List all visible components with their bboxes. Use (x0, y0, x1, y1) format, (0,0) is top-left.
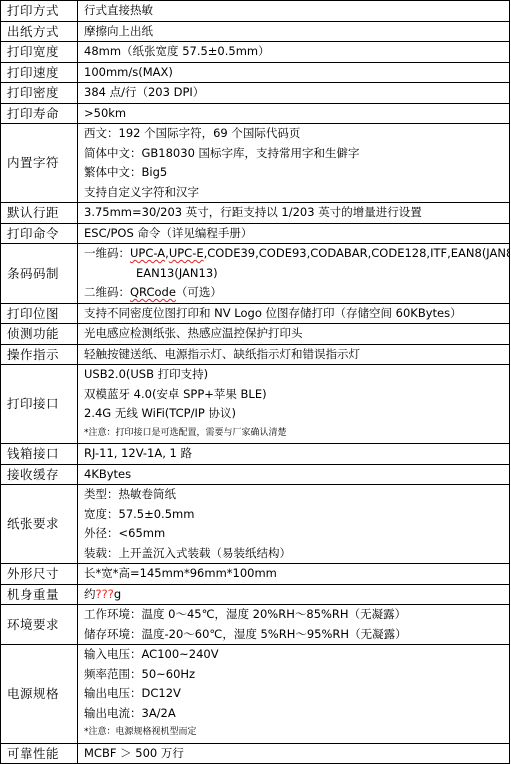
spec-row-dimensions: 外形尺寸 长*宽*高=145mm*96mm*100mm (1, 564, 510, 585)
spec-value: MCBF ＞ 500 万行 (78, 743, 510, 764)
spec-label: 侦测功能 (1, 324, 78, 345)
spec-line: 西文：192 个国际字符，69 个国际代码页 (84, 124, 509, 144)
spellcheck-underlined-word: QRCode (130, 285, 176, 299)
spec-line: 工作环境：温度 0～45℃，湿度 20%RH～85%RH（无凝露） (84, 605, 509, 625)
spec-line: 简体中文：GB18030 国标字库，支持常用字和生僻字 (84, 144, 509, 164)
spec-value: 384 点/行（203 DPI） (78, 83, 510, 104)
spec-row-print-life: 打印寿命 >50km (1, 103, 510, 124)
spec-line: 输出电流：3A/2A (84, 704, 509, 724)
spec-label: 出纸方式 (1, 21, 78, 42)
spec-row-print-method: 打印方式 行式直接热敏 (1, 1, 510, 22)
spec-value: RJ-11, 12V-1A, 1 路 (78, 444, 510, 465)
spec-line: 2.4G 无线 WiFi(TCP/IP 协议) (84, 404, 509, 424)
spec-line: 装载：上开盖沉入式装载（易装纸结构） (84, 544, 509, 564)
spec-value: 类型：热敏卷筒纸 宽度：57.5±0.5mm 外径：<65mm 装载：上开盖沉入… (78, 485, 510, 564)
spec-value: ESC/POS 命令（详见编程手册） (78, 223, 510, 244)
spec-label: 默认行距 (1, 203, 78, 224)
spec-line: USB2.0(USB 打印支持) (84, 365, 509, 385)
spec-line: 支持自定义字符和汉字 (84, 183, 509, 203)
spec-value: 西文：192 个国际字符，69 个国际代码页 简体中文：GB18030 国标字库… (78, 124, 510, 203)
barcode-2d-line: 二维码：QRCode（可选） (84, 283, 509, 303)
spec-value: 长*宽*高=145mm*96mm*100mm (78, 564, 510, 585)
spec-value: 轻触按键送纸、电源指示灯、缺纸指示灯和错误指示灯 (78, 344, 510, 365)
printer-spec-table: 打印方式 行式直接热敏 出纸方式 摩擦向上出纸 打印宽度 48mm（纸张宽度 5… (0, 0, 510, 764)
spec-label: 环境要求 (1, 605, 78, 645)
spec-row-barcode: 条码码制 一维码：UPC-A,UPC-E,CODE39,CODE93,CODAB… (1, 244, 510, 304)
spec-value: 支持不同密度位图打印和 NV Logo 位图存储打印（存储空间 60KBytes… (78, 303, 510, 324)
spec-label: 打印速度 (1, 62, 78, 83)
weight-placeholder-value: ??? (96, 587, 114, 601)
spec-row-bitmap: 打印位图 支持不同密度位图打印和 NV Logo 位图存储打印（存储空间 60K… (1, 303, 510, 324)
spec-label: 内置字符 (1, 124, 78, 203)
barcode-1d-continuation: EAN13(JAN13) (84, 264, 509, 284)
spec-value: 3.75mm=30/203 英寸，行距支持以 1/203 英寸的增量进行设置 (78, 203, 510, 224)
spec-row-line-spacing: 默认行距 3.75mm=30/203 英寸，行距支持以 1/203 英寸的增量进… (1, 203, 510, 224)
spec-line: 繁体中文：Big5 (84, 163, 509, 183)
spec-line: 外径：<65mm (84, 524, 509, 544)
spec-value: 摩擦向上出纸 (78, 21, 510, 42)
spec-label: 打印方式 (1, 1, 78, 22)
spec-row-print-command: 打印命令 ESC/POS 命令（详见编程手册） (1, 223, 510, 244)
spec-value: 光电感应检测纸张、热感应温控保护打印头 (78, 324, 510, 345)
spec-row-print-width: 打印宽度 48mm（纸张宽度 57.5±0.5mm） (1, 42, 510, 63)
barcode-2d-suffix: （可选） (176, 285, 222, 299)
spec-label: 机身重量 (1, 584, 78, 605)
spec-row-weight: 机身重量 约???g (1, 584, 510, 605)
barcode-1d-prefix: 一维码： (84, 246, 130, 260)
spec-label: 电源规格 (1, 645, 78, 744)
spec-label: 钱箱接口 (1, 444, 78, 465)
spec-label: 打印接口 (1, 365, 78, 444)
spec-row-indicators: 操作指示 轻触按键送纸、电源指示灯、缺纸指示灯和错误指示灯 (1, 344, 510, 365)
spec-label: 纸张要求 (1, 485, 78, 564)
spec-line: 类型：热敏卷筒纸 (84, 485, 509, 505)
spec-line: 频率范围：50~60Hz (84, 665, 509, 685)
spec-value: 一维码：UPC-A,UPC-E,CODE39,CODE93,CODABAR,CO… (78, 244, 510, 304)
spec-value: 100mm/s(MAX) (78, 62, 510, 83)
spec-row-builtin-chars: 内置字符 西文：192 个国际字符，69 个国际代码页 简体中文：GB18030… (1, 124, 510, 203)
spellcheck-underlined-word: UPC-E (169, 246, 204, 260)
spellcheck-underlined-word: UPC-A (130, 246, 165, 260)
spec-label: 打印命令 (1, 223, 78, 244)
spec-label: 可靠性能 (1, 743, 78, 764)
spec-label: 打印寿命 (1, 103, 78, 124)
spec-line: 宽度：57.5±0.5mm (84, 505, 509, 525)
spec-row-environment: 环境要求 工作环境：温度 0～45℃，湿度 20%RH～85%RH（无凝露） 储… (1, 605, 510, 645)
spec-line: 双模蓝牙 4.0(安卓 SPP+苹果 BLE) (84, 385, 509, 405)
spec-row-print-density: 打印密度 384 点/行（203 DPI） (1, 83, 510, 104)
weight-prefix: 约 (84, 587, 96, 601)
spec-label: 外形尺寸 (1, 564, 78, 585)
weight-unit: g (114, 587, 121, 601)
spec-row-print-speed: 打印速度 100mm/s(MAX) (1, 62, 510, 83)
spec-row-power: 电源规格 输入电压：AC100~240V 频率范围：50~60Hz 输出电压：D… (1, 645, 510, 744)
spec-line: 输入电压：AC100~240V (84, 645, 509, 665)
spec-value: 行式直接热敏 (78, 1, 510, 22)
spec-row-paper-out: 出纸方式 摩擦向上出纸 (1, 21, 510, 42)
spec-label: 条码码制 (1, 244, 78, 304)
barcode-1d-line: 一维码：UPC-A,UPC-E,CODE39,CODE93,CODABAR,CO… (84, 244, 509, 264)
spec-line: 输出电压：DC12V (84, 684, 509, 704)
spec-row-interfaces: 打印接口 USB2.0(USB 打印支持) 双模蓝牙 4.0(安卓 SPP+苹果… (1, 365, 510, 444)
spec-note: *注意：电源规格视机型而定 (84, 723, 509, 743)
spec-note: *注意：打印接口是可选配置，需要与厂家确认清楚 (84, 424, 509, 444)
spec-value: 输入电压：AC100~240V 频率范围：50~60Hz 输出电压：DC12V … (78, 645, 510, 744)
spec-label: 接收缓存 (1, 464, 78, 485)
spec-line: 储存环境：温度-20～60℃，湿度 5%RH～95%RH（无凝露） (84, 625, 509, 645)
spec-value: >50km (78, 103, 510, 124)
spec-value: 工作环境：温度 0～45℃，湿度 20%RH～85%RH（无凝露） 储存环境：温… (78, 605, 510, 645)
spec-row-buffer: 接收缓存 4KBytes (1, 464, 510, 485)
spec-label: 打印宽度 (1, 42, 78, 63)
barcode-2d-prefix: 二维码： (84, 285, 130, 299)
spec-value: 约???g (78, 584, 510, 605)
spec-row-cash-drawer: 钱箱接口 RJ-11, 12V-1A, 1 路 (1, 444, 510, 465)
barcode-1d-list: ,CODE39,CODE93,CODABAR,CODE128,ITF,EAN8(… (204, 246, 509, 260)
spec-value: USB2.0(USB 打印支持) 双模蓝牙 4.0(安卓 SPP+苹果 BLE)… (78, 365, 510, 444)
spec-label: 打印密度 (1, 83, 78, 104)
spec-row-detection: 侦测功能 光电感应检测纸张、热感应温控保护打印头 (1, 324, 510, 345)
spec-label: 打印位图 (1, 303, 78, 324)
spec-row-reliability: 可靠性能 MCBF ＞ 500 万行 (1, 743, 510, 764)
spec-label: 操作指示 (1, 344, 78, 365)
spec-row-paper: 纸张要求 类型：热敏卷筒纸 宽度：57.5±0.5mm 外径：<65mm 装载：… (1, 485, 510, 564)
spec-value: 48mm（纸张宽度 57.5±0.5mm） (78, 42, 510, 63)
spec-value: 4KBytes (78, 464, 510, 485)
